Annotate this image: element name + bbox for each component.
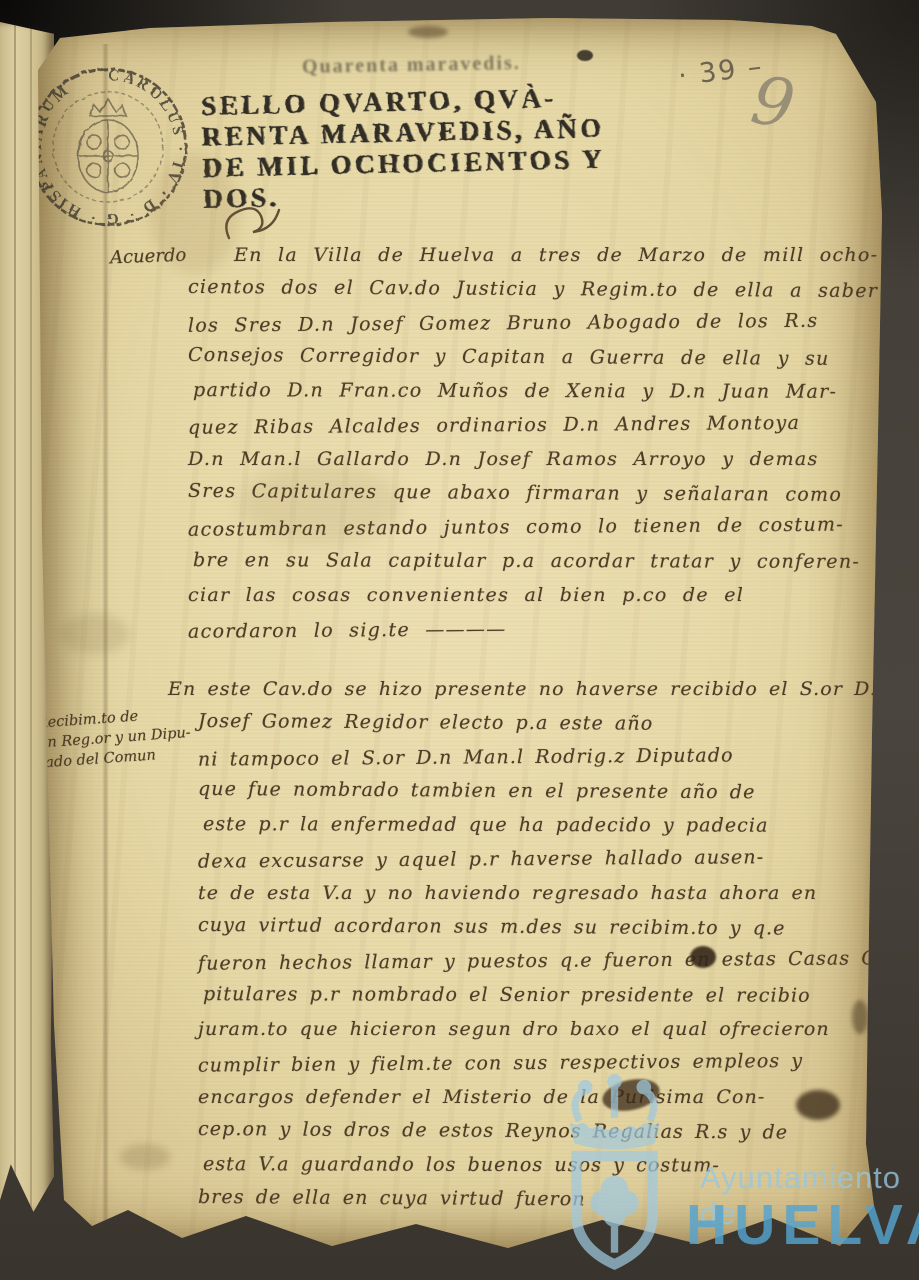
manuscript-line: cumplir bien y fielm.te con sus respecti… [168,1043,897,1083]
ink-stain [796,1090,840,1120]
manuscript-line: Consejos Corregidor y Capitan a Guerra d… [188,338,879,376]
manuscript-line: bres de ella en cuya virtud fueron [168,1180,897,1218]
manuscript-line: partido D.n Fran.co Muños de Xenia y D.n… [193,373,883,409]
manuscript-line: que fue nombrado tambien en el presente … [168,772,897,810]
seal-coat-of-arms [78,99,138,192]
manuscript-line: En la Villa de Huelva a tres de Marzo de… [188,238,878,272]
manuscript-page: CAROLUS · IV · D · G · HISPANIARUM Quare… [30,14,886,1254]
paper-stain [852,1000,868,1034]
manuscript-line: bre en su Sala capitular p.a acordar tra… [193,543,883,579]
manuscript-line: este p.r la enfermedad que ha padecido y… [173,807,902,843]
paper-stain [120,1144,170,1170]
manuscript-line: cuya virtud acordaron sus m.des su recib… [168,908,897,946]
ink-stain [408,26,448,38]
paper-stain [150,154,240,274]
manuscript-line: cep.on y los dros de estos Reynos Regali… [168,1112,897,1150]
ink-blot [690,946,716,968]
manuscript-paragraph-2: En este Cav.do se hizo presente no haver… [168,672,897,1216]
manuscript-line: quez Ribas Alcaldes ordinarios D.n Andre… [188,405,879,444]
manuscript-line: cientos dos el Cav.do Justicia y Regim.t… [188,270,879,308]
manuscript-line: Josef Gomez Regidor electo p.a este año [168,704,897,742]
manuscript-line: te de esta V.a y no haviendo regresado h… [168,876,897,910]
paper-stain [240,464,400,544]
ink-stain [577,50,593,61]
manuscript-line: En este Cav.do se hizo presente no haver… [168,672,897,706]
document-photo: CAROLUS · IV · D · G · HISPANIARUM Quare… [0,0,919,1280]
manuscript-line: encargos defender el Misterio de la Puri… [168,1080,897,1114]
manuscript-line: ciar las cosas convenientes al bien p.co… [188,578,878,612]
manuscript-line: acordaron lo sig.te ———— [188,609,879,648]
manuscript-line: esta V.a guardando los buenos usos y cos… [173,1147,902,1183]
manuscript-paragraph-1: En la Villa de Huelva a tres de Marzo de… [188,238,878,646]
manuscript-line: fueron hechos llamar y puestos q.e fuero… [168,941,897,981]
paper-stain [60,614,130,654]
manuscript-line: pitulares p.r nombrado el Senior preside… [173,977,902,1013]
manuscript-line: los Sres D.n Josef Gomez Bruno Abogado d… [188,303,879,342]
faint-overprint-stamp: Quarenta maravedis. [302,52,521,79]
folio-number: · 39 – [676,51,765,92]
manuscript-line: juram.to que hicieron segun dro baxo el … [168,1012,897,1046]
manuscript-line: dexa excusarse y aquel p.r haverse halla… [168,839,897,879]
manuscript-line: ni tampoco el S.or D.n Man.l Rodrig.z Di… [168,737,897,777]
